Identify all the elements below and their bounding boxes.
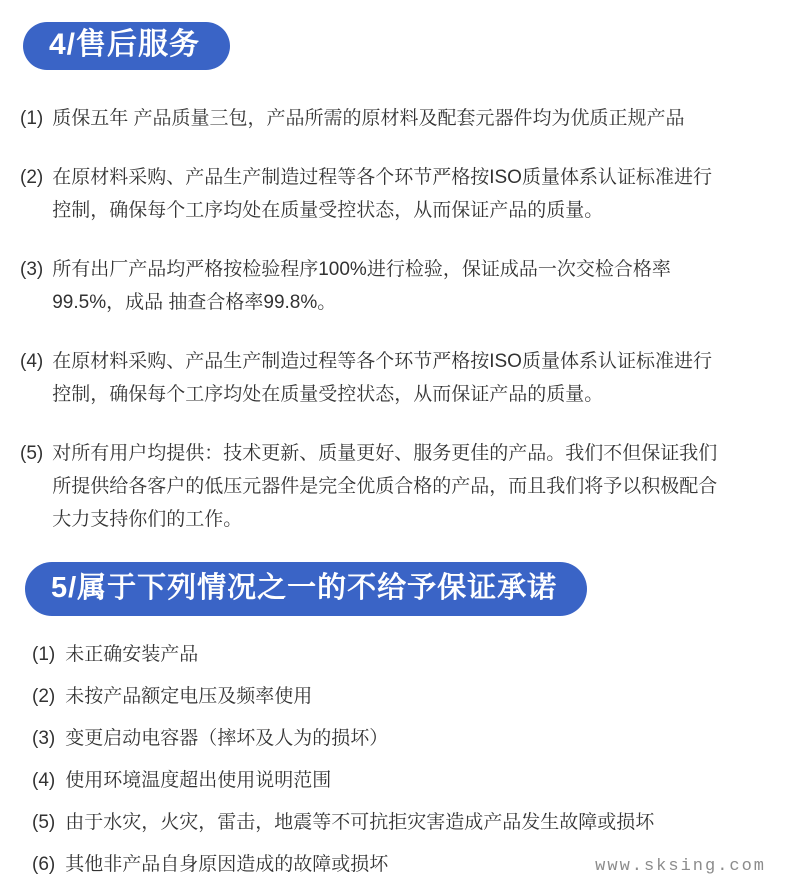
item-number: (3) — [32, 726, 55, 752]
item-line: 对所有用户均提供：技术更新、质量更好、服务更佳的产品。我们不但保证我们 — [52, 437, 790, 470]
page: 4/售后服务 (1) 质保五年 产品质量三包，产品所需的原材料及配套元器件均为优… — [0, 0, 790, 884]
item-number: (4) — [32, 768, 55, 794]
list-item: (5) 对所有用户均提供：技术更新、质量更好、服务更佳的产品。我们不但保证我们 … — [20, 437, 790, 536]
item-line: 控制，确保每个工序均处在质量受控状态，从而保证产品的质量。 — [52, 194, 790, 227]
item-line: 质保五年 产品质量三包，产品所需的原材料及配套元器件均为优质正规产品 — [52, 102, 790, 135]
item-number: (1) — [32, 642, 55, 668]
item-number: (4) — [20, 345, 43, 378]
item-number: (5) — [32, 810, 55, 836]
item-text: 使用环境温度超出使用说明范围 — [65, 768, 331, 794]
item-line: 大力支持你们的工作。 — [52, 503, 790, 536]
section5-header: 5/属于下列情况之一的不给予保证承诺 — [25, 562, 790, 616]
item-number: (2) — [20, 161, 43, 194]
item-line: 99.5%，成品 抽查合格率99.8%。 — [52, 286, 790, 319]
item-line: 控制，确保每个工序均处在质量受控状态，从而保证产品的质量。 — [52, 378, 790, 411]
item-line: 在原材料采购、产品生产制造过程等各个环节严格按ISO质量体系认证标准进行 — [52, 345, 790, 378]
list-item: (4) 在原材料采购、产品生产制造过程等各个环节严格按ISO质量体系认证标准进行… — [20, 345, 790, 411]
item-text: 质保五年 产品质量三包，产品所需的原材料及配套元器件均为优质正规产品 — [52, 102, 790, 135]
item-line: 所提供给各客户的低压元器件是完全优质合格的产品，而且我们将予以积极配合 — [52, 470, 790, 503]
item-line: 在原材料采购、产品生产制造过程等各个环节严格按ISO质量体系认证标准进行 — [52, 161, 790, 194]
section5-list: (1) 未正确安装产品 (2) 未按产品额定电压及频率使用 (3) 变更启动电容… — [32, 642, 790, 878]
item-text: 未按产品额定电压及频率使用 — [65, 684, 312, 710]
item-text: 变更启动电容器（摔坏及人为的损坏） — [65, 726, 388, 752]
item-number: (2) — [32, 684, 55, 710]
list-item: (3) 变更启动电容器（摔坏及人为的损坏） — [32, 726, 790, 752]
item-text: 在原材料采购、产品生产制造过程等各个环节严格按ISO质量体系认证标准进行 控制，… — [52, 161, 790, 227]
item-text: 未正确安装产品 — [65, 642, 198, 668]
item-text: 所有出厂产品均严格按检验程序100%进行检验，保证成品一次交检合格率 99.5%… — [52, 253, 790, 319]
list-item: (4) 使用环境温度超出使用说明范围 — [32, 768, 790, 794]
section4-badge: 4/售后服务 — [23, 22, 230, 70]
section5-badge: 5/属于下列情况之一的不给予保证承诺 — [25, 562, 587, 616]
item-number: (3) — [20, 253, 43, 286]
item-text: 在原材料采购、产品生产制造过程等各个环节严格按ISO质量体系认证标准进行 控制，… — [52, 345, 790, 411]
site-watermark: www.sksing.com — [595, 857, 766, 876]
section4-header: 4/售后服务 — [23, 22, 790, 70]
item-number: (5) — [20, 437, 43, 470]
list-item: (5) 由于水灾，火灾，雷击，地震等不可抗拒灾害造成产品发生故障或损坏 — [32, 810, 790, 836]
list-item: (3) 所有出厂产品均严格按检验程序100%进行检验，保证成品一次交检合格率 9… — [20, 253, 790, 319]
item-number: (1) — [20, 102, 43, 135]
section4-list: (1) 质保五年 产品质量三包，产品所需的原材料及配套元器件均为优质正规产品 (… — [20, 102, 790, 536]
list-item: (2) 在原材料采购、产品生产制造过程等各个环节严格按ISO质量体系认证标准进行… — [20, 161, 790, 227]
item-text: 对所有用户均提供：技术更新、质量更好、服务更佳的产品。我们不但保证我们 所提供给… — [52, 437, 790, 536]
item-text: 由于水灾，火灾，雷击，地震等不可抗拒灾害造成产品发生故障或损坏 — [65, 810, 654, 836]
list-item: (2) 未按产品额定电压及频率使用 — [32, 684, 790, 710]
list-item: (1) 未正确安装产品 — [32, 642, 790, 668]
item-line: 所有出厂产品均严格按检验程序100%进行检验，保证成品一次交检合格率 — [52, 253, 790, 286]
item-number: (6) — [32, 852, 55, 878]
item-text: 其他非产品自身原因造成的故障或损坏 — [65, 852, 388, 878]
list-item: (1) 质保五年 产品质量三包，产品所需的原材料及配套元器件均为优质正规产品 — [20, 102, 790, 135]
